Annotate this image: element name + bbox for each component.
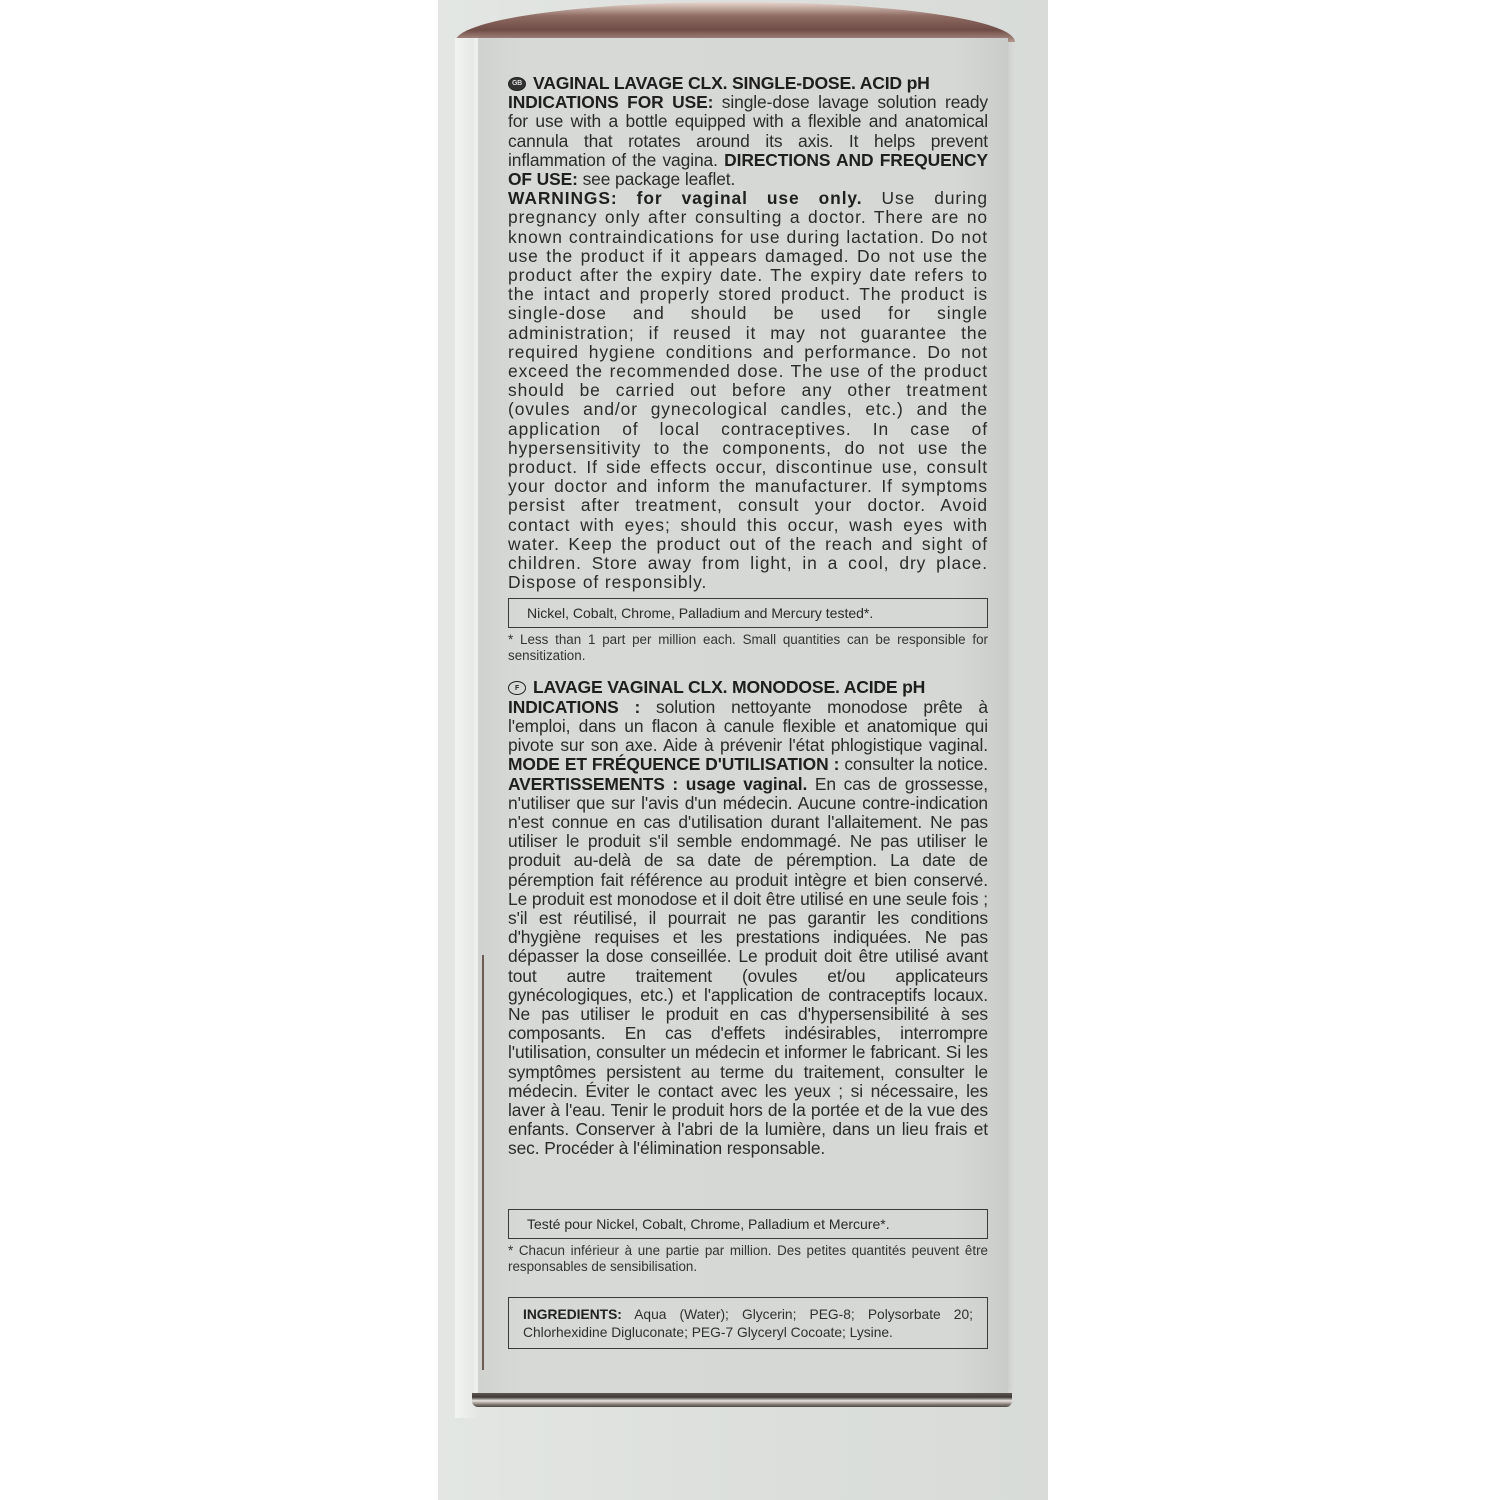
french-body: INDICATIONS : solution nettoyante monodo… xyxy=(508,698,988,1159)
label-content: GB VAGINAL LAVAGE CLX. SINGLE-DOSE. ACID… xyxy=(508,74,988,1349)
fr-warnings-text: En cas de grossesse, n'utiliser que sur … xyxy=(508,774,988,1159)
french-title-text: LAVAGE VAGINAL CLX. MONODOSE. ACIDE pH xyxy=(533,678,925,697)
metals-tested-box: Nickel, Cobalt, Chrome, Palladium and Me… xyxy=(508,598,988,628)
french-section: F LAVAGE VAGINAL CLX. MONODOSE. ACIDE pH… xyxy=(508,678,988,1274)
english-title: GB VAGINAL LAVAGE CLX. SINGLE-DOSE. ACID… xyxy=(508,74,988,93)
fr-metals-tested-box: Testé pour Nickel, Cobalt, Chrome, Palla… xyxy=(508,1209,988,1239)
english-footnote: * Less than 1 part per million each. Sma… xyxy=(508,632,988,664)
fr-warnings-label: AVERTISSEMENTS : usage vaginal. xyxy=(508,774,807,794)
directions-text: see package leaflet. xyxy=(578,169,735,189)
section-spacer xyxy=(508,664,988,678)
gb-country-icon: GB xyxy=(508,77,526,91)
fr-metals-tested-text: Testé pour Nickel, Cobalt, Chrome, Palla… xyxy=(527,1216,890,1232)
metals-tested-text: Nickel, Cobalt, Chrome, Palladium and Me… xyxy=(527,605,873,621)
french-footnote: * Chacun inférieur à une partie par mill… xyxy=(508,1243,988,1275)
warnings-text: Use during pregnancy only after consulti… xyxy=(508,188,988,592)
box-fold-line xyxy=(482,955,484,1370)
fr-indications-label: INDICATIONS : xyxy=(508,697,640,717)
france-country-icon: F xyxy=(508,681,526,695)
english-section: GB VAGINAL LAVAGE CLX. SINGLE-DOSE. ACID… xyxy=(508,74,988,664)
fr-mode-label: MODE ET FRÉQUENCE D'UTILISATION : xyxy=(508,754,839,774)
section-spacer xyxy=(508,1159,988,1203)
indications-label: INDICATIONS FOR USE: xyxy=(508,92,713,112)
ingredients-label: INGREDIENTS: xyxy=(523,1307,622,1322)
box-side-edge xyxy=(455,38,479,1418)
french-title: F LAVAGE VAGINAL CLX. MONODOSE. ACIDE pH xyxy=(508,678,988,697)
box-bottom-edge xyxy=(472,1393,1012,1407)
ingredients-box: INGREDIENTS: Aqua (Water); Glycerin; PEG… xyxy=(508,1297,988,1349)
english-title-text: VAGINAL LAVAGE CLX. SINGLE-DOSE. ACID pH xyxy=(533,74,930,93)
warnings-label: WARNINGS: for vaginal use only. xyxy=(508,188,862,208)
fr-mode-text: consulter la notice. xyxy=(839,754,988,774)
english-body: INDICATIONS FOR USE: single-dose lavage … xyxy=(508,93,988,592)
